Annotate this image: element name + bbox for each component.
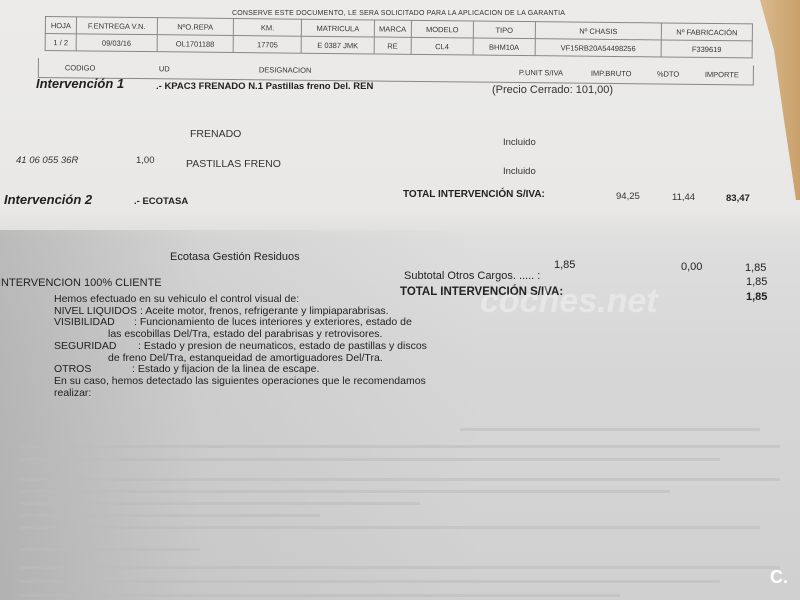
col-modelo: MODELO (411, 20, 473, 38)
intervention-1-description: .- KPAC3 FRENADO N.1 Pastillas freno Del… (156, 81, 373, 92)
col-tipo: TIPO (473, 21, 535, 39)
subtotal-value: 1,85 (746, 276, 767, 288)
col-punit: P.UNIT S/IVA (519, 68, 563, 77)
col-entrega: F.ENTREGA V.N. (76, 17, 157, 35)
inspection-block: Hemos efectuado en su vehiculo el contro… (54, 294, 427, 399)
ecotasa-designation: Ecotasa Gestión Residuos (170, 251, 300, 263)
val-chasis: VF15RB20A54498256 (535, 39, 661, 57)
val-marca: RE (374, 37, 411, 54)
ecotasa-importe: 1,85 (745, 262, 766, 274)
corner-logo: C. (770, 567, 788, 588)
val-km: 17705 (233, 35, 301, 53)
col-marca: MARCA (374, 20, 411, 37)
part-price: Incluido (503, 166, 536, 177)
intervention-1-price: (Precio Cerrado: 101,00) (492, 84, 613, 96)
val-tipo: BHM10A (473, 38, 535, 56)
intervention-1-total-importe: 83,47 (726, 193, 750, 204)
val-entrega: 09/03/16 (76, 34, 157, 52)
inspection-heading: INTERVENCION 100% CLIENTE (0, 277, 162, 289)
group-frenado: FRENADO (190, 128, 241, 140)
part-code: 41 06 055 36R (16, 155, 78, 166)
col-dto: %DTO (657, 69, 679, 78)
ecotasa-punit: 1,85 (554, 259, 575, 271)
val-orepa: OL1701188 (157, 35, 234, 53)
col-ud: UD (159, 64, 170, 73)
ecotasa-dto: 0,00 (681, 261, 702, 273)
inspection-item-seguridad: SEGURIDAD: Estado y presion de neumatico… (54, 341, 427, 353)
col-orepa: NºO.REPA (157, 18, 234, 36)
inspection-closing-1: En su caso, hemos detectado las siguient… (54, 376, 427, 388)
col-importe: IMPORTE (705, 70, 739, 79)
intervention-1-total-label: TOTAL INTERVENCIÓN S/IVA: (403, 189, 545, 200)
warranty-notice: CONSERVE ESTE DOCUMENTO, LE SERA SOLICIT… (232, 10, 565, 17)
val-fabricacion: F339619 (661, 40, 752, 58)
subtotal-label: Subtotal Otros Cargos. ..... : (404, 270, 540, 282)
col-impbruto: IMP.BRUTO (591, 69, 632, 78)
col-matricula: MATRICULA (302, 19, 375, 37)
watermark: coches.net (480, 282, 658, 321)
group-frenado-price: Incluido (503, 137, 536, 148)
col-designacion: DESIGNACION (259, 65, 312, 75)
vehicle-header-table: HOJA F.ENTREGA V.N. NºO.REPA KM. MATRICU… (45, 16, 753, 58)
intervention-1-total-dto: 11,44 (672, 192, 695, 203)
part-designation: PASTILLAS FRENO (186, 158, 281, 170)
val-hoja: 1 / 2 (45, 34, 76, 51)
intervention-2-title: Intervención 2 (4, 192, 92, 207)
val-matricula: E 0387 JMK (301, 36, 374, 54)
part-qty: 1,00 (136, 155, 155, 166)
val-modelo: CL4 (411, 37, 473, 55)
intervention-1-title: Intervención 1 (36, 76, 124, 91)
col-fabricacion: Nº FABRICACIÓN (661, 23, 752, 41)
col-km: KM. (233, 18, 301, 36)
intervention-2-total-value: 1,85 (746, 291, 767, 303)
col-hoja: HOJA (45, 17, 76, 34)
col-codigo: CODIGO (65, 63, 96, 72)
col-chasis: Nº CHASIS (535, 22, 661, 40)
intervention-1-total-bruto: 94,25 (616, 191, 640, 202)
inspection-closing-2: realizar: (54, 388, 427, 400)
intervention-2-description: .- ECOTASA (134, 196, 188, 207)
